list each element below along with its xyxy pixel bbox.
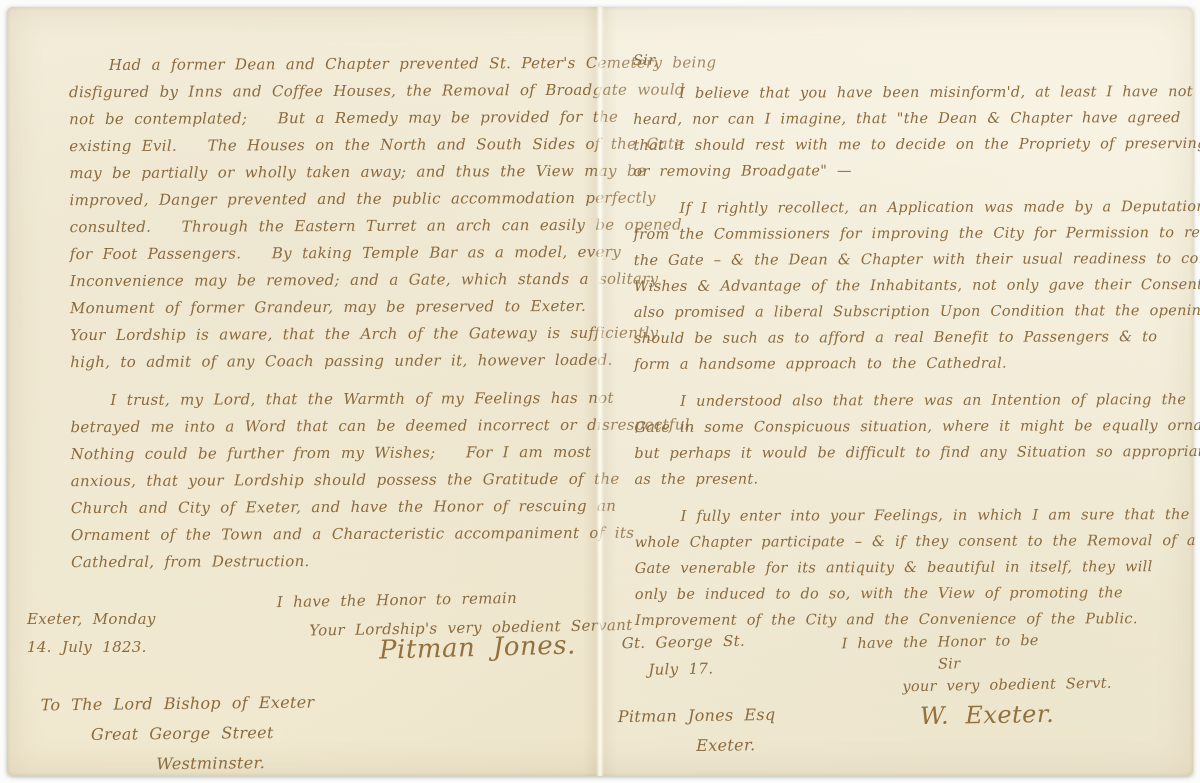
handwritten-line: To The Lord Bishop of Exeter xyxy=(41,688,315,721)
paragraph: I trust, my Lord, that the Warmth of my … xyxy=(70,385,591,576)
handwritten-line: your very obedient Servt. xyxy=(842,673,1112,700)
right-page: Sir, I believe that you have been misinf… xyxy=(600,7,1193,776)
letter-scan: Had a former Dean and Chapter prevented … xyxy=(0,0,1200,783)
handwritten-line: Gt. George St. xyxy=(621,628,745,658)
handwritten-line: disfigured by Inns and Coffee Houses, th… xyxy=(69,77,589,106)
handwritten-line: for Foot Passengers. By taking Temple Ba… xyxy=(70,239,590,268)
dateline-block: Gt. George St.July 17. xyxy=(621,628,745,685)
handwritten-line: only be induced to do so, with the View … xyxy=(635,580,1186,608)
address-block: To The Lord Bishop of ExeterGreat George… xyxy=(41,688,316,781)
handwritten-line: betrayed me into a Word that can be deem… xyxy=(70,412,590,441)
paragraph: Had a former Dean and Chapter prevented … xyxy=(69,50,590,376)
handwritten-line: Ornament of the Town and a Characteristi… xyxy=(71,520,591,549)
address-block: Pitman Jones EsqExeter. xyxy=(618,700,776,762)
handwritten-line: Wishes & Advantage of the Inhabitants, n… xyxy=(634,272,1185,300)
handwritten-line: should be such as to afford a real Benef… xyxy=(634,324,1185,352)
handwritten-line: Monument of former Grandeur, may be pres… xyxy=(70,293,590,322)
handwritten-line: Cathedral, from Destruction. xyxy=(71,547,591,576)
paragraph: I fully enter into your Feelings, in whi… xyxy=(635,502,1186,634)
signature: Pitman Jones. xyxy=(379,630,577,665)
handwritten-line: whole Chapter participate – & if they co… xyxy=(635,528,1186,556)
left-page-body: Had a former Dean and Chapter prevented … xyxy=(69,50,591,576)
handwritten-line: as the present. xyxy=(634,465,1185,493)
handwritten-line: but perhaps it would be difficult to fin… xyxy=(634,439,1185,467)
handwritten-line: Had a former Dean and Chapter prevented … xyxy=(69,50,589,79)
salutation: Sir, xyxy=(633,46,1184,74)
handwritten-line: improved, Danger prevented and the publi… xyxy=(69,185,589,214)
paragraph: If I rightly recollect, an Application w… xyxy=(633,194,1185,378)
handwritten-line: Gate venerable for its antiquity & beaut… xyxy=(635,554,1186,582)
handwritten-line: not be contemplated; But a Remedy may be… xyxy=(69,104,589,133)
handwritten-line: Exeter. xyxy=(618,730,776,762)
handwritten-line: Gate in some Conspicuous situation, wher… xyxy=(634,413,1185,441)
handwritten-line: Exeter, Monday xyxy=(27,605,156,633)
handwritten-line: the Gate – & the Dean & Chapter with the… xyxy=(634,246,1185,274)
handwritten-line: consulted. Through the Eastern Turret an… xyxy=(70,212,590,241)
paragraph: I understood also that there was an Inte… xyxy=(634,387,1185,493)
handwritten-line: that it should rest with me to decide on… xyxy=(633,131,1184,159)
closing-block: I have the Honor to beSiryour very obedi… xyxy=(841,629,1111,700)
handwritten-line: or removing Broadgate" — xyxy=(633,157,1184,185)
handwritten-line: form a handsome approach to the Cathedra… xyxy=(634,350,1185,378)
handwritten-line: high, to admit of any Coach passing unde… xyxy=(70,347,590,376)
handwritten-line: Inconvenience may be removed; and a Gate… xyxy=(70,266,590,295)
handwritten-line: 14. July 1823. xyxy=(27,633,156,661)
dateline-block: Exeter, Monday14. July 1823. xyxy=(27,605,156,661)
right-page-body: Sir, I believe that you have been misinf… xyxy=(633,46,1186,634)
handwritten-line: I believe that you have been misinform'd… xyxy=(633,79,1184,107)
handwritten-line: also promised a liberal Subscription Upo… xyxy=(634,298,1185,326)
handwritten-line: I trust, my Lord, that the Warmth of my … xyxy=(70,385,590,414)
handwritten-line: Nothing could be further from my Wishes;… xyxy=(71,439,591,468)
handwritten-line: existing Evil. The Houses on the North a… xyxy=(69,131,589,160)
handwritten-line: Church and City of Exeter, and have the … xyxy=(71,493,591,522)
handwritten-line: I understood also that there was an Inte… xyxy=(634,387,1185,415)
handwritten-line: Great George Street xyxy=(41,718,315,751)
signature: W. Exeter. xyxy=(920,700,1055,730)
handwritten-line: may be partially or wholly taken away; a… xyxy=(69,158,589,187)
handwritten-line: heard, nor can I imagine, that "the Dean… xyxy=(633,105,1184,133)
handwritten-line: If I rightly recollect, an Application w… xyxy=(633,194,1184,222)
handwritten-line: I fully enter into your Feelings, in whi… xyxy=(635,502,1186,530)
handwritten-line: Westminster. xyxy=(41,748,315,781)
handwritten-line: from the Commissioners for improving the… xyxy=(634,220,1185,248)
paragraph: I believe that you have been misinform'd… xyxy=(633,79,1184,185)
handwritten-line: July 17. xyxy=(622,655,746,685)
letter-sheet: Had a former Dean and Chapter prevented … xyxy=(7,7,1193,776)
handwritten-line: anxious, that your Lordship should posse… xyxy=(71,466,591,495)
left-page: Had a former Dean and Chapter prevented … xyxy=(7,7,600,776)
handwritten-line: Pitman Jones Esq xyxy=(618,700,776,732)
handwritten-line: Your Lordship is aware, that the Arch of… xyxy=(70,320,590,349)
